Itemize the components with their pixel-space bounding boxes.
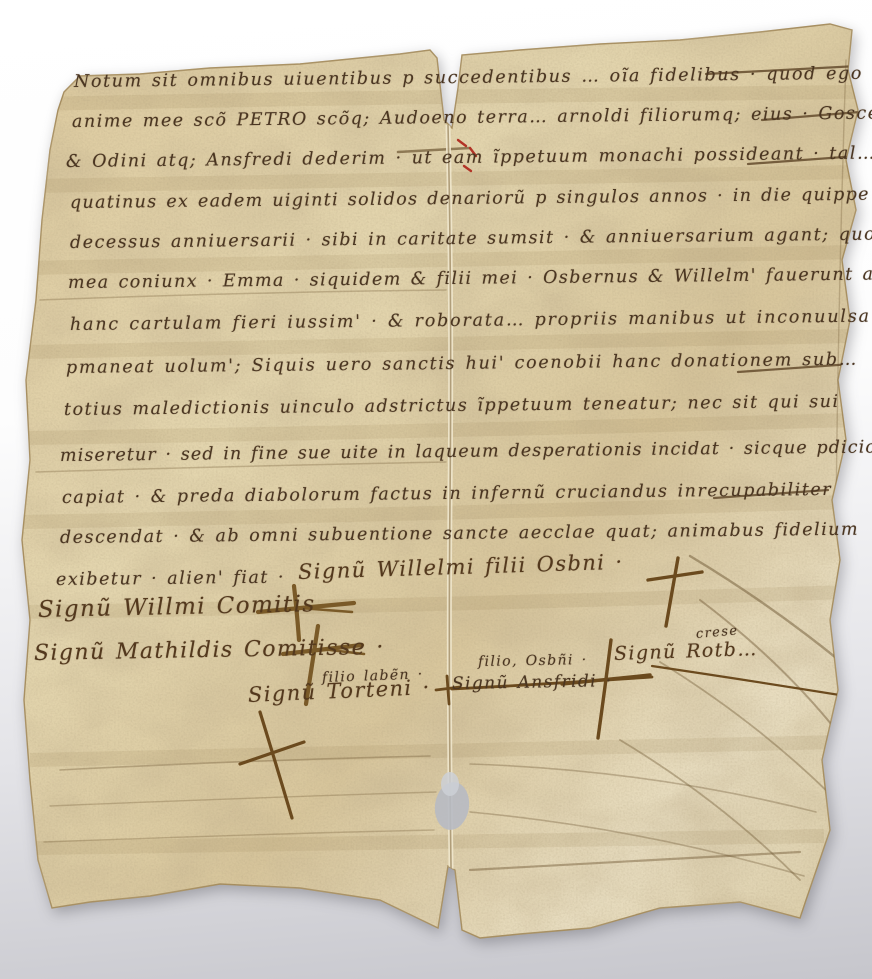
charter-line: exibetur · alien' fiat ·	[56, 568, 285, 590]
signature-note-filio-osbni: filio, Osbñi ·	[478, 652, 588, 670]
signature-ansfridi: Signũ Ansfridi ·	[452, 671, 613, 694]
photo-background: Notum sit omnibus uiuentibus p succedent…	[0, 0, 872, 979]
